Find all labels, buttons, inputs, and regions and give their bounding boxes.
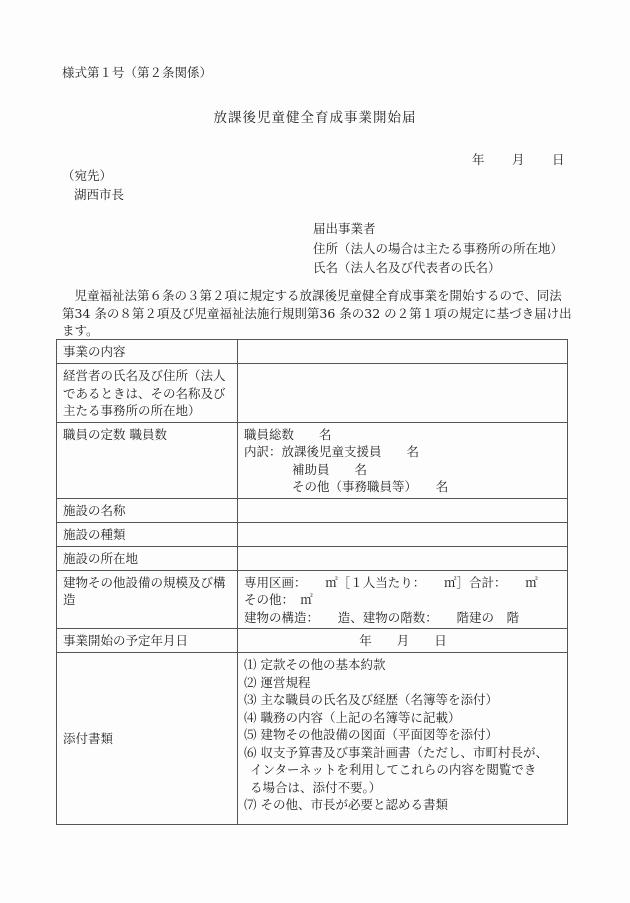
addressee-label: （宛先） — [62, 166, 124, 185]
field-facility-location[interactable] — [238, 546, 568, 570]
field-attachments: ⑴ 定款その他の基本約款 ⑵ 運営規程 ⑶ 主な職員の氏名及び経歴（名簿等を添付… — [238, 653, 568, 825]
field-facility-name[interactable] — [238, 498, 568, 522]
form-number: 様式第１号（第２条関係） — [62, 63, 212, 81]
submission-date: 年月日 — [472, 150, 565, 168]
attachment-item-continued: インターネットを利用してこれらの内容を閲覧でき — [244, 761, 562, 779]
attachment-item: ⑷ 職務の内容（上記の名簿等に記載） — [244, 709, 562, 727]
building-other-area: その他： ㎡ — [244, 591, 562, 609]
building-dedicated-area: 専用区画： ㎡［１人当たり： ㎡］合計： ㎡ — [244, 574, 562, 592]
row-label-business-content: 事業の内容 — [57, 340, 238, 364]
row-label-staff: 職員の定数 職員数 — [57, 422, 238, 498]
attachment-item: ⑴ 定款その他の基本約款 — [244, 656, 562, 674]
table-row: 建物その他設備の規模及び構造 専用区画： ㎡［１人当たり： ㎡］合計： ㎡ その… — [57, 570, 568, 629]
attachment-item: ⑶ 主な職員の氏名及び経歴（名簿等を添付） — [244, 691, 562, 709]
table-row: 経営者の氏名及び住所（法人であるときは、その名称及び主たる事務所の所在地） — [57, 364, 568, 423]
table-row: 施設の名称 — [57, 498, 568, 522]
row-label-facility-type: 施設の種類 — [57, 522, 238, 546]
field-operator[interactable] — [238, 364, 568, 423]
attachment-item: ⑸ 建物その他設備の図面（平面図等を添付） — [244, 726, 562, 744]
staff-total: 職員総数 名 — [244, 426, 562, 444]
staff-other: その他（事務職員等） 名 — [244, 478, 562, 496]
table-row: 添付書類 ⑴ 定款その他の基本約款 ⑵ 運営規程 ⑶ 主な職員の氏名及び経歴（名… — [57, 653, 568, 825]
row-label-attachments: 添付書類 — [57, 653, 238, 825]
applicant-address: 住所（法人の場合は主たる事務所の所在地） — [313, 239, 563, 259]
date-year: 年 — [472, 150, 512, 168]
row-label-operator: 経営者の氏名及び住所（法人であるときは、その名称及び主たる事務所の所在地） — [57, 364, 238, 423]
row-label-facility-location: 施設の所在地 — [57, 546, 238, 570]
row-label-start-date: 事業開始の予定年月日 — [57, 629, 238, 653]
field-start-date[interactable]: 年 月 日 — [238, 629, 568, 653]
row-label-building-scale: 建物その他設備の規模及び構造 — [57, 570, 238, 629]
field-staff[interactable]: 職員総数 名 内訳：放課後児童支援員 名 補助員 名 その他（事務職員等） 名 — [238, 422, 568, 498]
date-day: 日 — [552, 150, 565, 168]
applicant-heading: 届出事業者 — [313, 219, 563, 239]
field-business-content[interactable] — [238, 340, 568, 364]
addressee-block: （宛先） 湖西市長 — [62, 166, 124, 204]
attachment-item: ⑺ その他、市長が必要と認める書類 — [244, 796, 562, 814]
building-structure: 建物の構造： 造、建物の階数： 階建の 階 — [244, 609, 562, 627]
table-row: 事業開始の予定年月日 年 月 日 — [57, 629, 568, 653]
table-row: 施設の所在地 — [57, 546, 568, 570]
table-row: 事業の内容 — [57, 340, 568, 364]
field-building-scale[interactable]: 専用区画： ㎡［１人当たり： ㎡］合計： ㎡ その他： ㎡ 建物の構造： 造、建… — [238, 570, 568, 629]
row-label-facility-name: 施設の名称 — [57, 498, 238, 522]
table-row: 施設の種類 — [57, 522, 568, 546]
date-month: 月 — [512, 150, 552, 168]
attachment-item: ⑵ 運営規程 — [244, 674, 562, 692]
document-title: 放課後児童健全育成事業開始届 — [0, 106, 630, 126]
declaration-text: 児童福祉法第６条の３第２項に規定する放課後児童健全育成事業を開始するので、同法第… — [62, 287, 572, 340]
application-form-table: 事業の内容 経営者の氏名及び住所（法人であるときは、その名称及び主たる事務所の所… — [56, 339, 568, 825]
staff-assistants: 補助員 名 — [244, 461, 562, 479]
attachment-item-continued: る場合は、添付不要。） — [244, 779, 562, 797]
attachment-item: ⑹ 収支予算書及び事業計画書（ただし、市町村長が、 — [244, 744, 562, 762]
table-row: 職員の定数 職員数 職員総数 名 内訳：放課後児童支援員 名 補助員 名 その他… — [57, 422, 568, 498]
applicant-name: 氏名（法人名及び代表者の氏名） — [313, 258, 563, 278]
staff-support-workers: 内訳：放課後児童支援員 名 — [244, 443, 562, 461]
addressee-name: 湖西市長 — [62, 185, 124, 204]
applicant-block: 届出事業者 住所（法人の場合は主たる事務所の所在地） 氏名（法人名及び代表者の氏… — [313, 219, 563, 278]
field-facility-type[interactable] — [238, 522, 568, 546]
